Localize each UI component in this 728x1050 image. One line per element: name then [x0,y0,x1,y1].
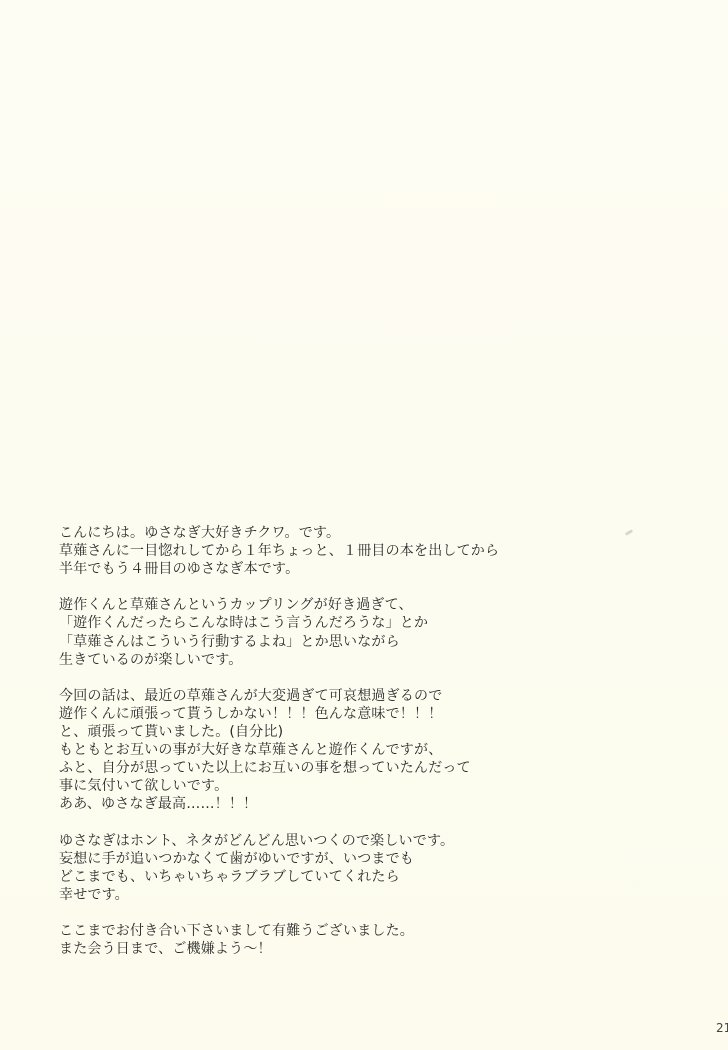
paragraph-ideas: ゆさなぎはホント、ネタがどんどん思いつくので楽しいです。 妄想に手が追いつかなく… [59,832,579,904]
text-line: 「遊作くんだったらこんな時はこう言うんだろうな」とか [59,614,579,632]
text-line: どこまでも、いちゃいちゃラブラブしていてくれたら [59,868,579,886]
text-line: 草薙さんに一目惚れしてから１年ちょっと、１冊目の本を出してから [59,542,579,560]
book-page: こんにちは。ゆさなぎ大好きチクワ。です。 草薙さんに一目惚れしてから１年ちょっと… [0,0,728,1050]
paper-speck [625,529,633,536]
text-line: もともとお互いの事が大好きな草薙さんと遊作くんですが、 [59,741,579,759]
text-line: 半年でもう４冊目のゆさなぎ本です。 [59,560,579,578]
paragraph-closing: ここまでお付き合い下さいまして有難うございました。 また会う日まで、ご機嫌よう～… [59,922,579,958]
text-line: 妄想に手が追いつかなくて歯がゆいですが、いつまでも [59,850,579,868]
text-line: ふと、自分が思っていた以上にお互いの事を想っていたんだって [59,759,579,777]
text-line: ここまでお付き合い下さいまして有難うございました。 [59,922,579,940]
afterword-text: こんにちは。ゆさなぎ大好きチクワ。です。 草薙さんに一目惚れしてから１年ちょっと… [59,524,579,976]
text-line: 今回の話は、最近の草薙さんが大変過ぎて可哀想過ぎるので [59,687,579,705]
paragraph-story: 今回の話は、最近の草薙さんが大変過ぎて可哀想過ぎるので 遊作くんに頑張って貰うし… [59,687,579,814]
text-line: 「草薙さんはこういう行動するよね」とか思いながら [59,633,579,651]
text-line: 幸せです。 [59,886,579,904]
text-line: こんにちは。ゆさなぎ大好きチクワ。です。 [59,524,579,542]
page-number: 21 [716,1021,728,1035]
paragraph-coupling: 遊作くんと草薙さんというカップリングが好き過ぎて、 「遊作くんだったらこんな時は… [59,596,579,668]
text-line: ああ、ゆさなぎ最高……！！！ [59,795,579,813]
text-line: ゆさなぎはホント、ネタがどんどん思いつくので楽しいです。 [59,832,579,850]
paragraph-greeting: こんにちは。ゆさなぎ大好きチクワ。です。 草薙さんに一目惚れしてから１年ちょっと… [59,524,579,578]
text-line: と、頑張って貰いました。(自分比) [59,723,579,741]
text-line: 生きているのが楽しいです。 [59,651,579,669]
text-line: 遊作くんと草薙さんというカップリングが好き過ぎて、 [59,596,579,614]
text-line: また会う日まで、ご機嫌よう～！ [59,940,579,958]
text-line: 事に気付いて欲しいです。 [59,777,579,795]
text-line: 遊作くんに頑張って貰うしかない！！！色んな意味で！！！ [59,705,579,723]
